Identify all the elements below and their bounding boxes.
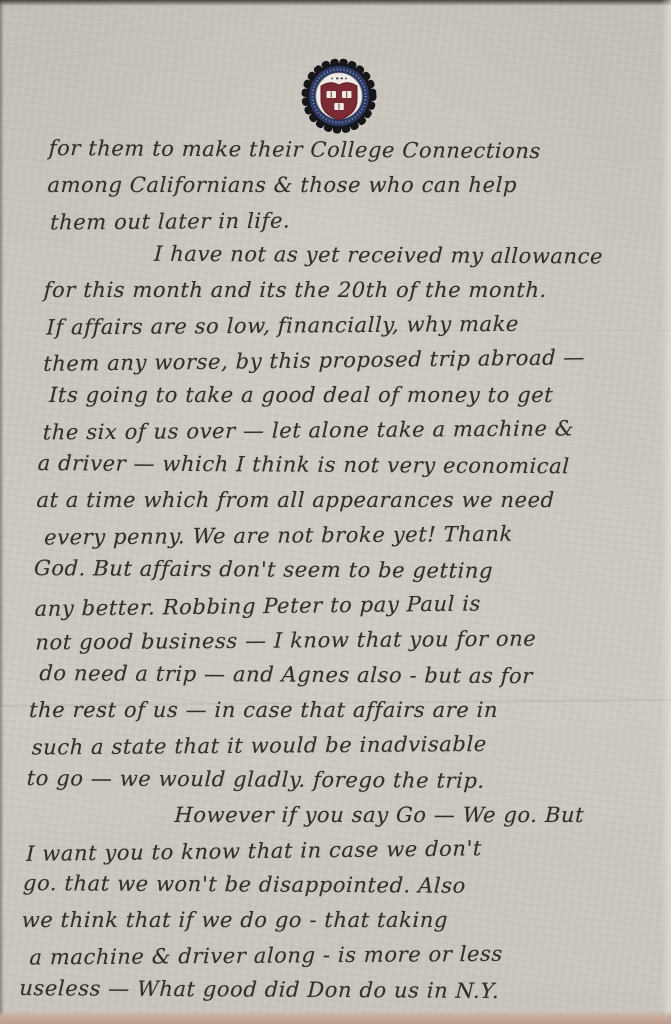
letter-line: go. that we won't be disappointed. Also (22, 866, 660, 905)
letter-line: a driver — which I think is not very eco… (37, 446, 671, 485)
letter-line: such a state that it would be inadvisabl… (31, 726, 665, 766)
letter-line: the six of us over — let alone take a ma… (42, 411, 671, 451)
letter-page: for them to make their College Connectio… (0, 0, 671, 1024)
letter-line: useless — What good did Don do us in N.Y… (19, 971, 657, 1010)
scan-edge-left (0, 0, 4, 1024)
letter-line: to go — we would gladly. forego the trip… (26, 761, 664, 800)
letter-line: do need a trip — and Agnes also - but as… (39, 656, 668, 695)
letter-line: not good business — I know that you for … (35, 621, 669, 661)
letter-line: Its going to take a good deal of money t… (49, 378, 671, 413)
letter-line: I have not as yet received my allowance (53, 236, 671, 275)
letter-line: at a time which from all appearances we … (36, 483, 671, 518)
letter-line: for this month and its the 20th of the m… (43, 273, 671, 308)
letter-line: we think that if we do go - that taking (21, 903, 659, 938)
letter-line: God. But affairs don't seem to be gettin… (33, 551, 671, 590)
letter-line: I want you to know that in case we don't (26, 829, 662, 872)
letter-line: a machine & driver along - is more or le… (29, 936, 658, 976)
letter-line: However if you say Go — We go. But (34, 798, 663, 833)
letter-line: them out later in life. (50, 201, 671, 241)
letter-line: for them to make their College Connectio… (48, 131, 671, 170)
scan-edge-top (0, 0, 671, 6)
letter-body: for them to make their College Connectio… (19, 133, 671, 1008)
letter-line: them any worse, by this proposed trip ab… (43, 339, 671, 382)
college-crest-seal-icon (301, 56, 377, 136)
letter-line: every penny. We are not broke yet! Thank (44, 516, 671, 556)
letter-line: the rest of us — in case that affairs ar… (28, 693, 666, 728)
scan-edge-bottom (0, 1011, 671, 1024)
letter-line: among Californians & those who can help (47, 168, 671, 203)
